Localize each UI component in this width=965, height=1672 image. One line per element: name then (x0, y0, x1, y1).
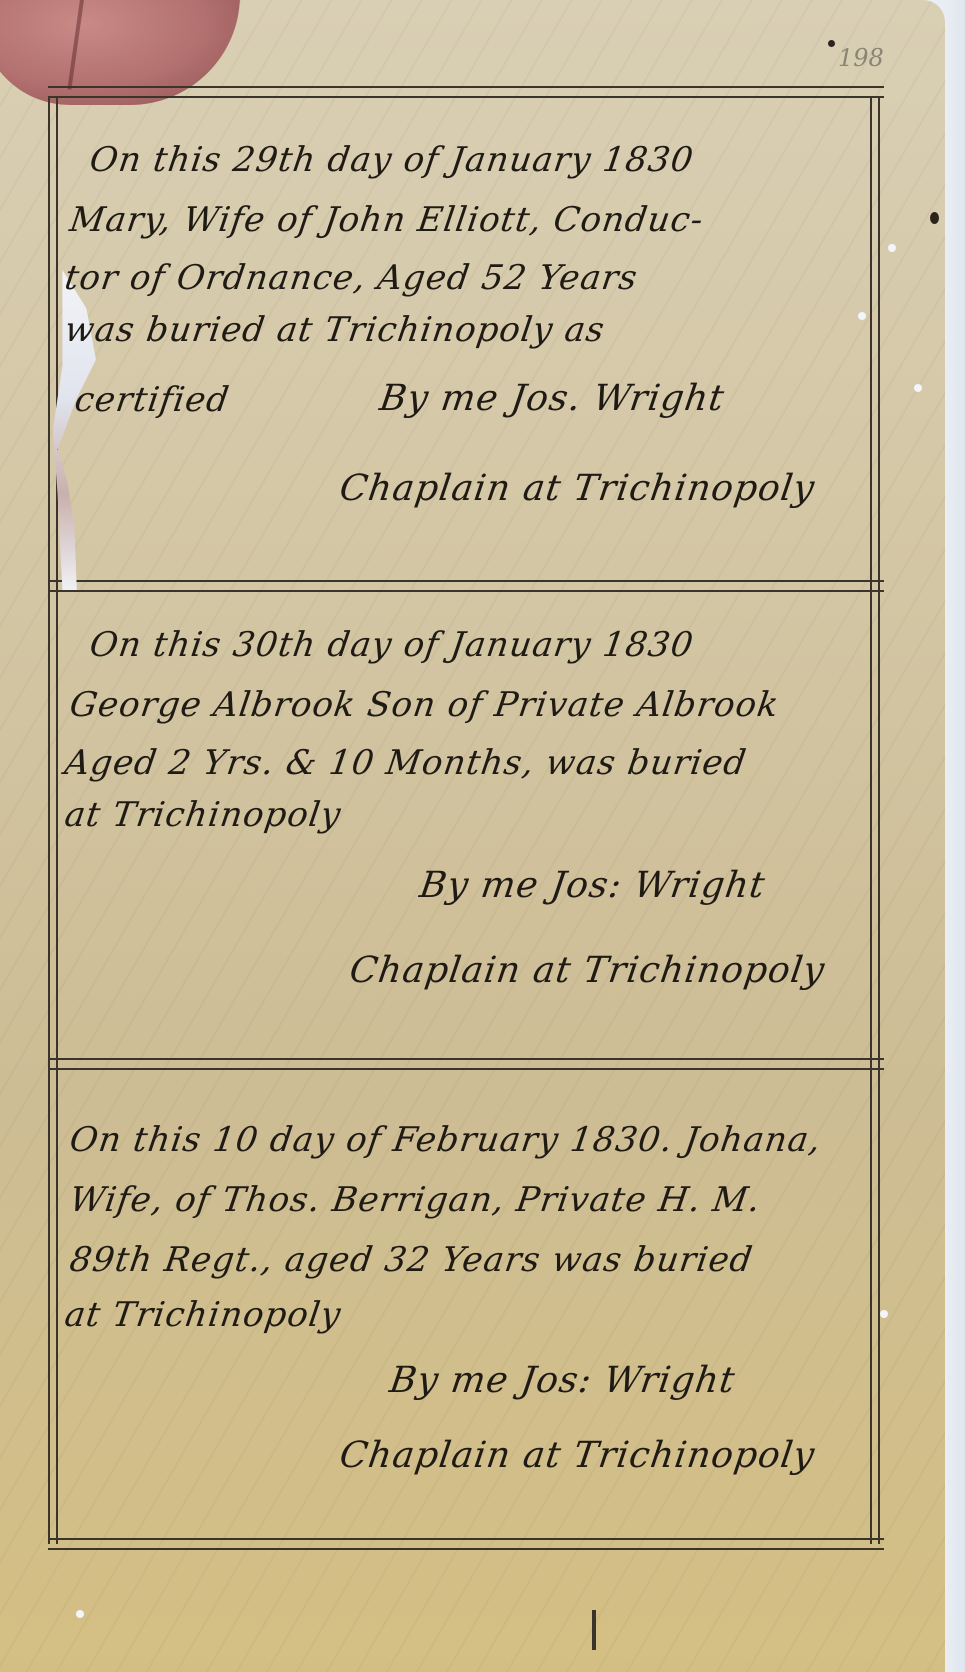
entry-line: On this 10 day of February 1830. Johana, (67, 1120, 824, 1160)
worm-hole (880, 1310, 888, 1318)
entry-line: Mary, Wife of John Elliott, Conduc- (67, 200, 706, 240)
ink-stroke (592, 1610, 596, 1650)
entry-line: On this 30th day of January 1830 (87, 625, 696, 665)
worm-hole (914, 384, 922, 392)
frame-bottom-rule (48, 1538, 884, 1550)
entry-line: On this 29th day of January 1830 (87, 140, 696, 180)
ink-spot (930, 212, 939, 224)
officiant-title: Chaplain at Trichinopoly (337, 468, 818, 509)
entry-line: tor of Ordnance, Aged 52 Years (62, 258, 640, 298)
ink-spot (828, 40, 835, 47)
entry-line: Aged 2 Yrs. & 10 Months, was buried (62, 743, 749, 783)
officiant-signature: By me Jos: Wright (417, 865, 768, 906)
entry-separator (48, 1058, 884, 1070)
entry-line: at Trichinopoly (62, 795, 344, 835)
background-edge (945, 0, 965, 1672)
entry-line: Wife, of Thos. Berrigan, Private H. M. (67, 1180, 763, 1220)
entry-line: certified (72, 380, 232, 420)
entry-separator (48, 580, 884, 592)
worm-hole (888, 244, 896, 252)
entry-line: was buried at Trichinopoly as (62, 310, 607, 350)
worm-hole (858, 312, 866, 320)
register-page: 198 On this 29th day of January 1830 Mar… (0, 0, 945, 1672)
frame-top-rule (48, 86, 884, 98)
entry-line: 89th Regt., aged 32 Years was buried (67, 1240, 755, 1280)
frame-left-rule (48, 96, 58, 1544)
officiant-title: Chaplain at Trichinopoly (337, 1435, 818, 1476)
frame-right-rule (870, 96, 880, 1544)
worm-hole (76, 1610, 84, 1618)
officiant-signature: By me Jos: Wright (387, 1360, 738, 1401)
page-number: 198 (838, 44, 884, 72)
officiant-title: Chaplain at Trichinopoly (347, 950, 828, 991)
entry-line: at Trichinopoly (62, 1295, 344, 1335)
entry-line: George Albrook Son of Private Albrook (67, 685, 782, 725)
officiant-signature: By me Jos. Wright (377, 378, 727, 419)
